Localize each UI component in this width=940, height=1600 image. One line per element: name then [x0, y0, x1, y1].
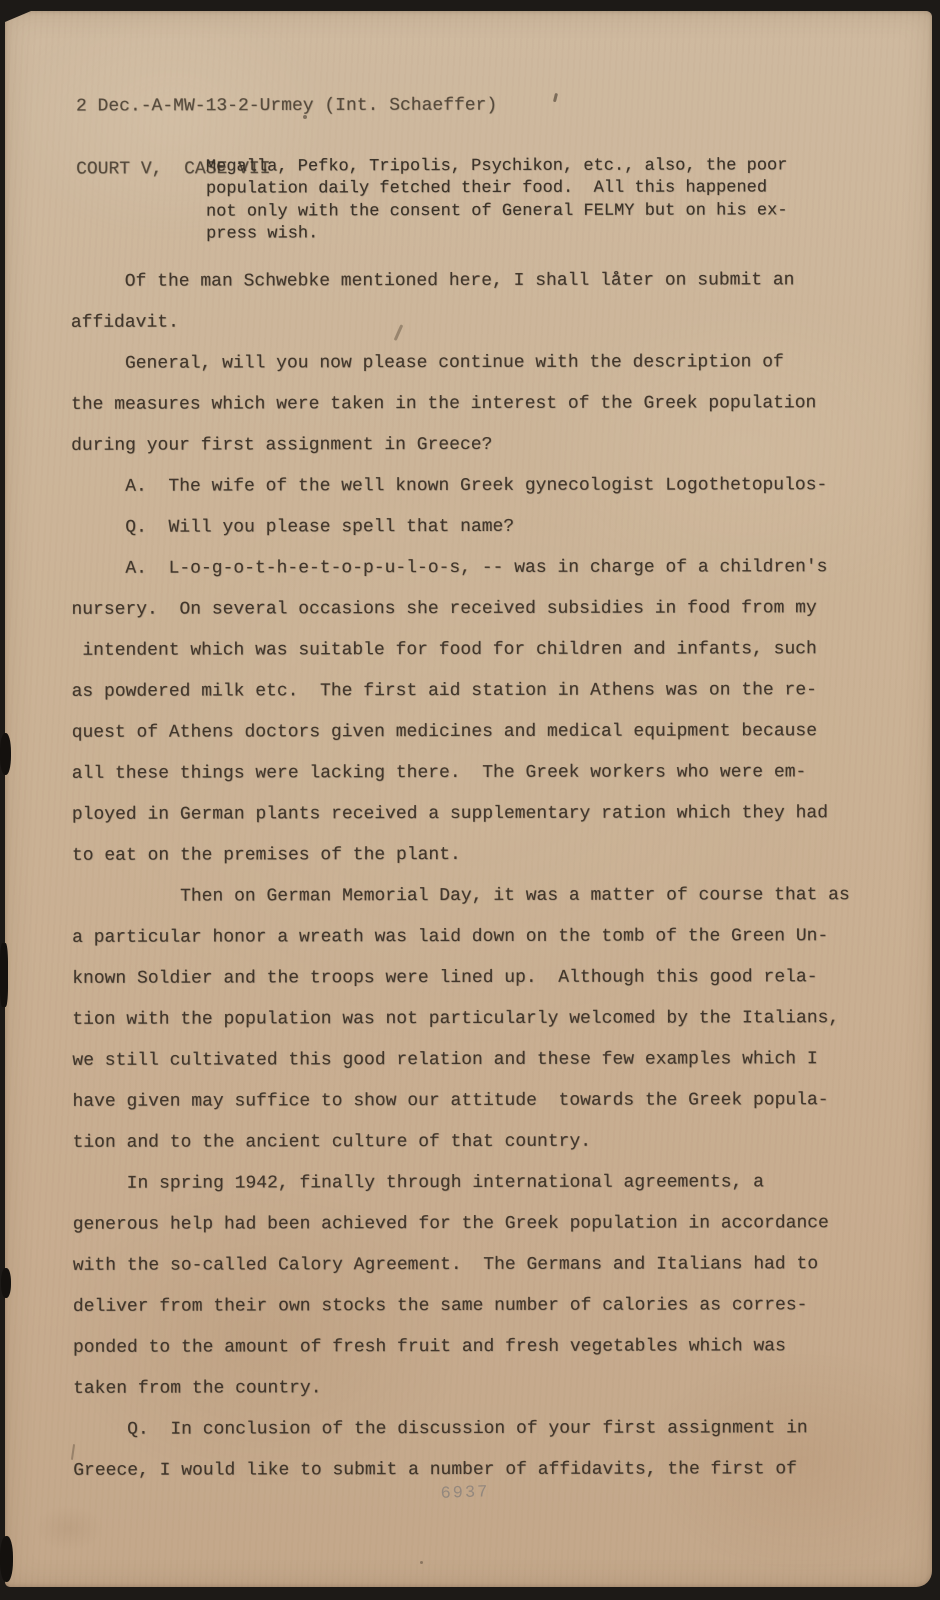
typed-line: ponded to the amount of fresh fruit and … [73, 1326, 851, 1369]
typed-line: the measures which were taken in the int… [71, 383, 849, 426]
typed-line: with the so-called Calory Agreement. The… [73, 1244, 851, 1287]
typed-line: tion and to the ancient culture of that … [73, 1121, 851, 1164]
typed-line: nursery. On several occasions she receiv… [71, 588, 849, 631]
typed-line: A. The wife of the well known Greek gyne… [71, 465, 849, 508]
typed-line: have given may suffice to show our attit… [72, 1080, 850, 1123]
scanned-transcript-page: 2 Dec.-A-MW-13-2-Urmey (Int. Schaeffer) … [0, 0, 940, 1600]
typed-line: not only with the consent of General FEL… [206, 200, 788, 224]
typed-line: intendent which was suitable for food fo… [71, 629, 849, 672]
typed-line: known Soldier and the troops were lined … [72, 957, 850, 1000]
scan-edge-blob [1, 1268, 11, 1298]
typed-line: Q. In conclusion of the discussion of yo… [73, 1408, 851, 1451]
typed-line: as powdered milk etc. The first aid stat… [72, 670, 850, 713]
typed-line: population daily fetched their food. All… [206, 178, 788, 202]
typed-line: deliver from their own stocks the same n… [73, 1285, 851, 1328]
typed-line: quest of Athens doctors given medicines … [72, 711, 850, 754]
typed-line: generous help had been achieved for the … [73, 1203, 851, 1246]
corner-cut-shadow [5, 11, 31, 22]
typed-line: tion with the population was not particu… [72, 998, 850, 1041]
scan-edge-blob [0, 943, 8, 1007]
quoted-excerpt: Megalla, Pefko, Tripolis, Psychikon, etc… [206, 155, 788, 246]
typed-line: Of the man Schwebke mentioned here, I sh… [71, 260, 849, 303]
header-reference-line: 2 Dec.-A-MW-13-2-Urmey (Int. Schaeffer) [76, 96, 497, 118]
typed-line: we still cultivated this good relation a… [72, 1039, 850, 1082]
transcript-body: Of the man Schwebke mentioned here, I sh… [71, 260, 851, 1492]
typed-line: ployed in German plants received a suppl… [72, 793, 850, 836]
typed-line: a particular honor a wreath was laid dow… [72, 916, 850, 959]
typed-line: Then on German Memorial Day, it was a ma… [72, 875, 850, 918]
typed-line: Q. Will you please spell that name? [71, 506, 849, 549]
scan-edge-blob [0, 1536, 13, 1582]
typed-line: to eat on the premises of the plant. [72, 834, 850, 877]
scan-edge-blob [0, 733, 11, 775]
paper-stain [34, 1505, 104, 1551]
typed-line: press wish. [206, 223, 788, 247]
typed-line: affidavit. [71, 301, 849, 344]
typed-line: In spring 1942, finally through internat… [73, 1162, 851, 1205]
typed-line: taken from the country. [73, 1367, 851, 1410]
typed-line: all these things were lacking there. The… [72, 752, 850, 795]
typed-line: A. L-o-g-o-t-h-e-t-o-p-u-l-o-s, -- was i… [71, 547, 849, 590]
typed-line: Megalla, Pefko, Tripolis, Psychikon, etc… [206, 155, 788, 179]
typed-line: during your first assignment in Greece? [71, 424, 849, 467]
typed-line: General, will you now please continue wi… [71, 342, 849, 385]
